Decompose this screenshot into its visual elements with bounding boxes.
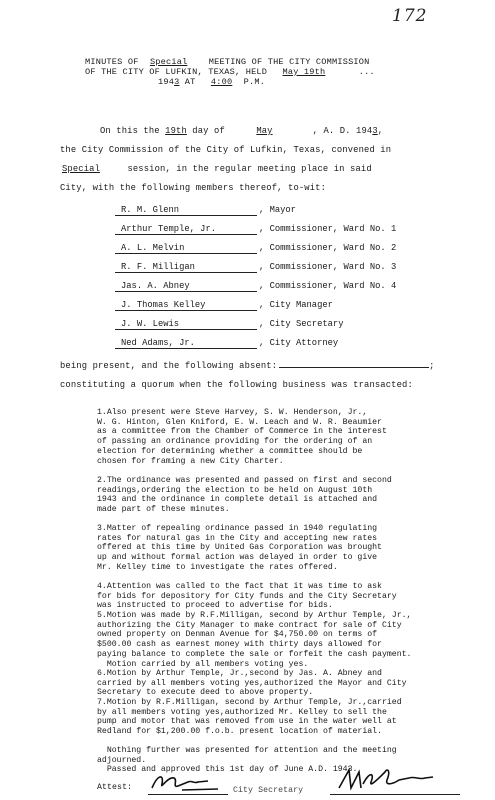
business-item-1: 1.Also present were Steve Harvey, S. W. … <box>97 408 477 466</box>
meeting-month: May <box>230 126 312 136</box>
header-line-2: OF THE CITY OF LUFKIN, TEXAS, HELD May 1… <box>85 67 375 77</box>
quorum-line: constituting a quorum when the following… <box>60 376 413 395</box>
mayor-signature-line <box>330 794 460 795</box>
session-type: Special <box>60 164 122 174</box>
attendee-name: Ned Adams, Jr. <box>115 338 257 349</box>
attendee-row: R. M. Glenn, Mayor <box>115 205 296 216</box>
secretary-label: City Secretary <box>233 786 303 796</box>
attendee-title: , Commissioner, Ward No. 3 <box>259 262 396 272</box>
opening-text: , A. D. 194 <box>313 126 373 136</box>
attendee-row: J. Thomas Kelley, City Manager <box>115 300 333 311</box>
attendee-name: J. W. Lewis <box>115 319 257 330</box>
present-label: being present, and the following absent: <box>60 361 277 371</box>
header-label: 194 <box>158 77 174 87</box>
absent-blank <box>279 358 429 368</box>
opening-text: day of <box>187 126 230 136</box>
business-item-2: 2.The ordinance was presented and passed… <box>97 476 477 515</box>
attendee-title: , Mayor <box>259 205 296 215</box>
attendee-row: R. F. Milligan, Commissioner, Ward No. 3 <box>115 262 396 273</box>
opening-text: On this the <box>100 126 165 136</box>
mayor-signature <box>335 766 435 794</box>
attendee-name: A. L. Melvin <box>115 243 257 254</box>
attendee-row: Arthur Temple, Jr., Commissioner, Ward N… <box>115 224 396 235</box>
opening-line-3: Special session, in the regular meeting … <box>60 160 372 179</box>
opening-text: session, in the regular meeting place in… <box>122 164 372 174</box>
header-line-3: 1943 AT 4:00 P.M. <box>158 77 265 87</box>
attendee-name: R. M. Glenn <box>115 205 257 216</box>
present-absent-line: being present, and the following absent:… <box>60 357 435 376</box>
opening-line-4: City, with the following members thereof… <box>60 179 326 198</box>
business-item-4: 4.Attention was called to the fact that … <box>97 582 477 611</box>
attendee-title: , City Manager <box>259 300 333 310</box>
business-item-5: 5.Motion was made by R.F.Milligan, secon… <box>97 611 477 669</box>
header-label: ... <box>353 67 374 77</box>
attendee-row: J. W. Lewis, City Secretary <box>115 319 343 330</box>
header-label: AT <box>179 77 200 87</box>
header-label: MINUTES OF <box>85 57 144 67</box>
attendee-title: , Commissioner, Ward No. 4 <box>259 281 396 291</box>
meeting-day: 19th <box>165 126 187 136</box>
opening-line-2: the City Commission of the City of Lufki… <box>60 141 391 160</box>
page-number: 172 <box>392 6 427 26</box>
attendee-name: J. Thomas Kelley <box>115 300 257 311</box>
meeting-type: Special <box>144 57 204 67</box>
header-label: OF THE CITY OF LUFKIN, TEXAS, HELD <box>85 67 273 77</box>
document-page: 172 MINUTES OF Special MEETING OF THE CI… <box>0 0 495 800</box>
attest-label: Attest: <box>97 783 132 793</box>
attendee-row: Ned Adams, Jr., City Attorney <box>115 338 338 349</box>
header-label: P.M. <box>238 77 265 87</box>
attendee-title: , Commissioner, Ward No. 2 <box>259 243 396 253</box>
attendee-title: , City Secretary <box>259 319 343 329</box>
opening-line-1: On this the 19th day of May, A. D. 1943, <box>100 122 383 141</box>
business-item-6: 6.Motion by Arthur Temple, Jr.,second by… <box>97 669 477 698</box>
meeting-time: 4:00 <box>201 77 238 87</box>
signature-scribble-icon <box>148 770 222 794</box>
opening-text: , <box>378 126 383 136</box>
secretary-signature <box>148 770 222 794</box>
attendee-name: R. F. Milligan <box>115 262 257 273</box>
attendee-name: Arthur Temple, Jr. <box>115 224 257 235</box>
held-date: May 19th <box>273 67 354 77</box>
attendee-title: , Commissioner, Ward No. 1 <box>259 224 396 234</box>
secretary-signature-line <box>148 794 228 795</box>
attendee-name: Jas. A. Abney <box>115 281 257 292</box>
signature-scribble-icon <box>335 766 435 794</box>
business-item-7: 7.Motion by R.F.Milligan, second by Arth… <box>97 698 477 737</box>
attendee-row: Jas. A. Abney, Commissioner, Ward No. 4 <box>115 281 396 292</box>
header-label: MEETING OF THE CITY COMMISSION <box>203 57 369 67</box>
business-item-3: 3.Matter of repealing ordinance passed i… <box>97 524 477 573</box>
attendee-title: , City Attorney <box>259 338 338 348</box>
header-line-1: MINUTES OF Special MEETING OF THE CITY C… <box>85 57 370 67</box>
present-label: ; <box>429 361 434 371</box>
attendee-row: A. L. Melvin, Commissioner, Ward No. 2 <box>115 243 396 254</box>
